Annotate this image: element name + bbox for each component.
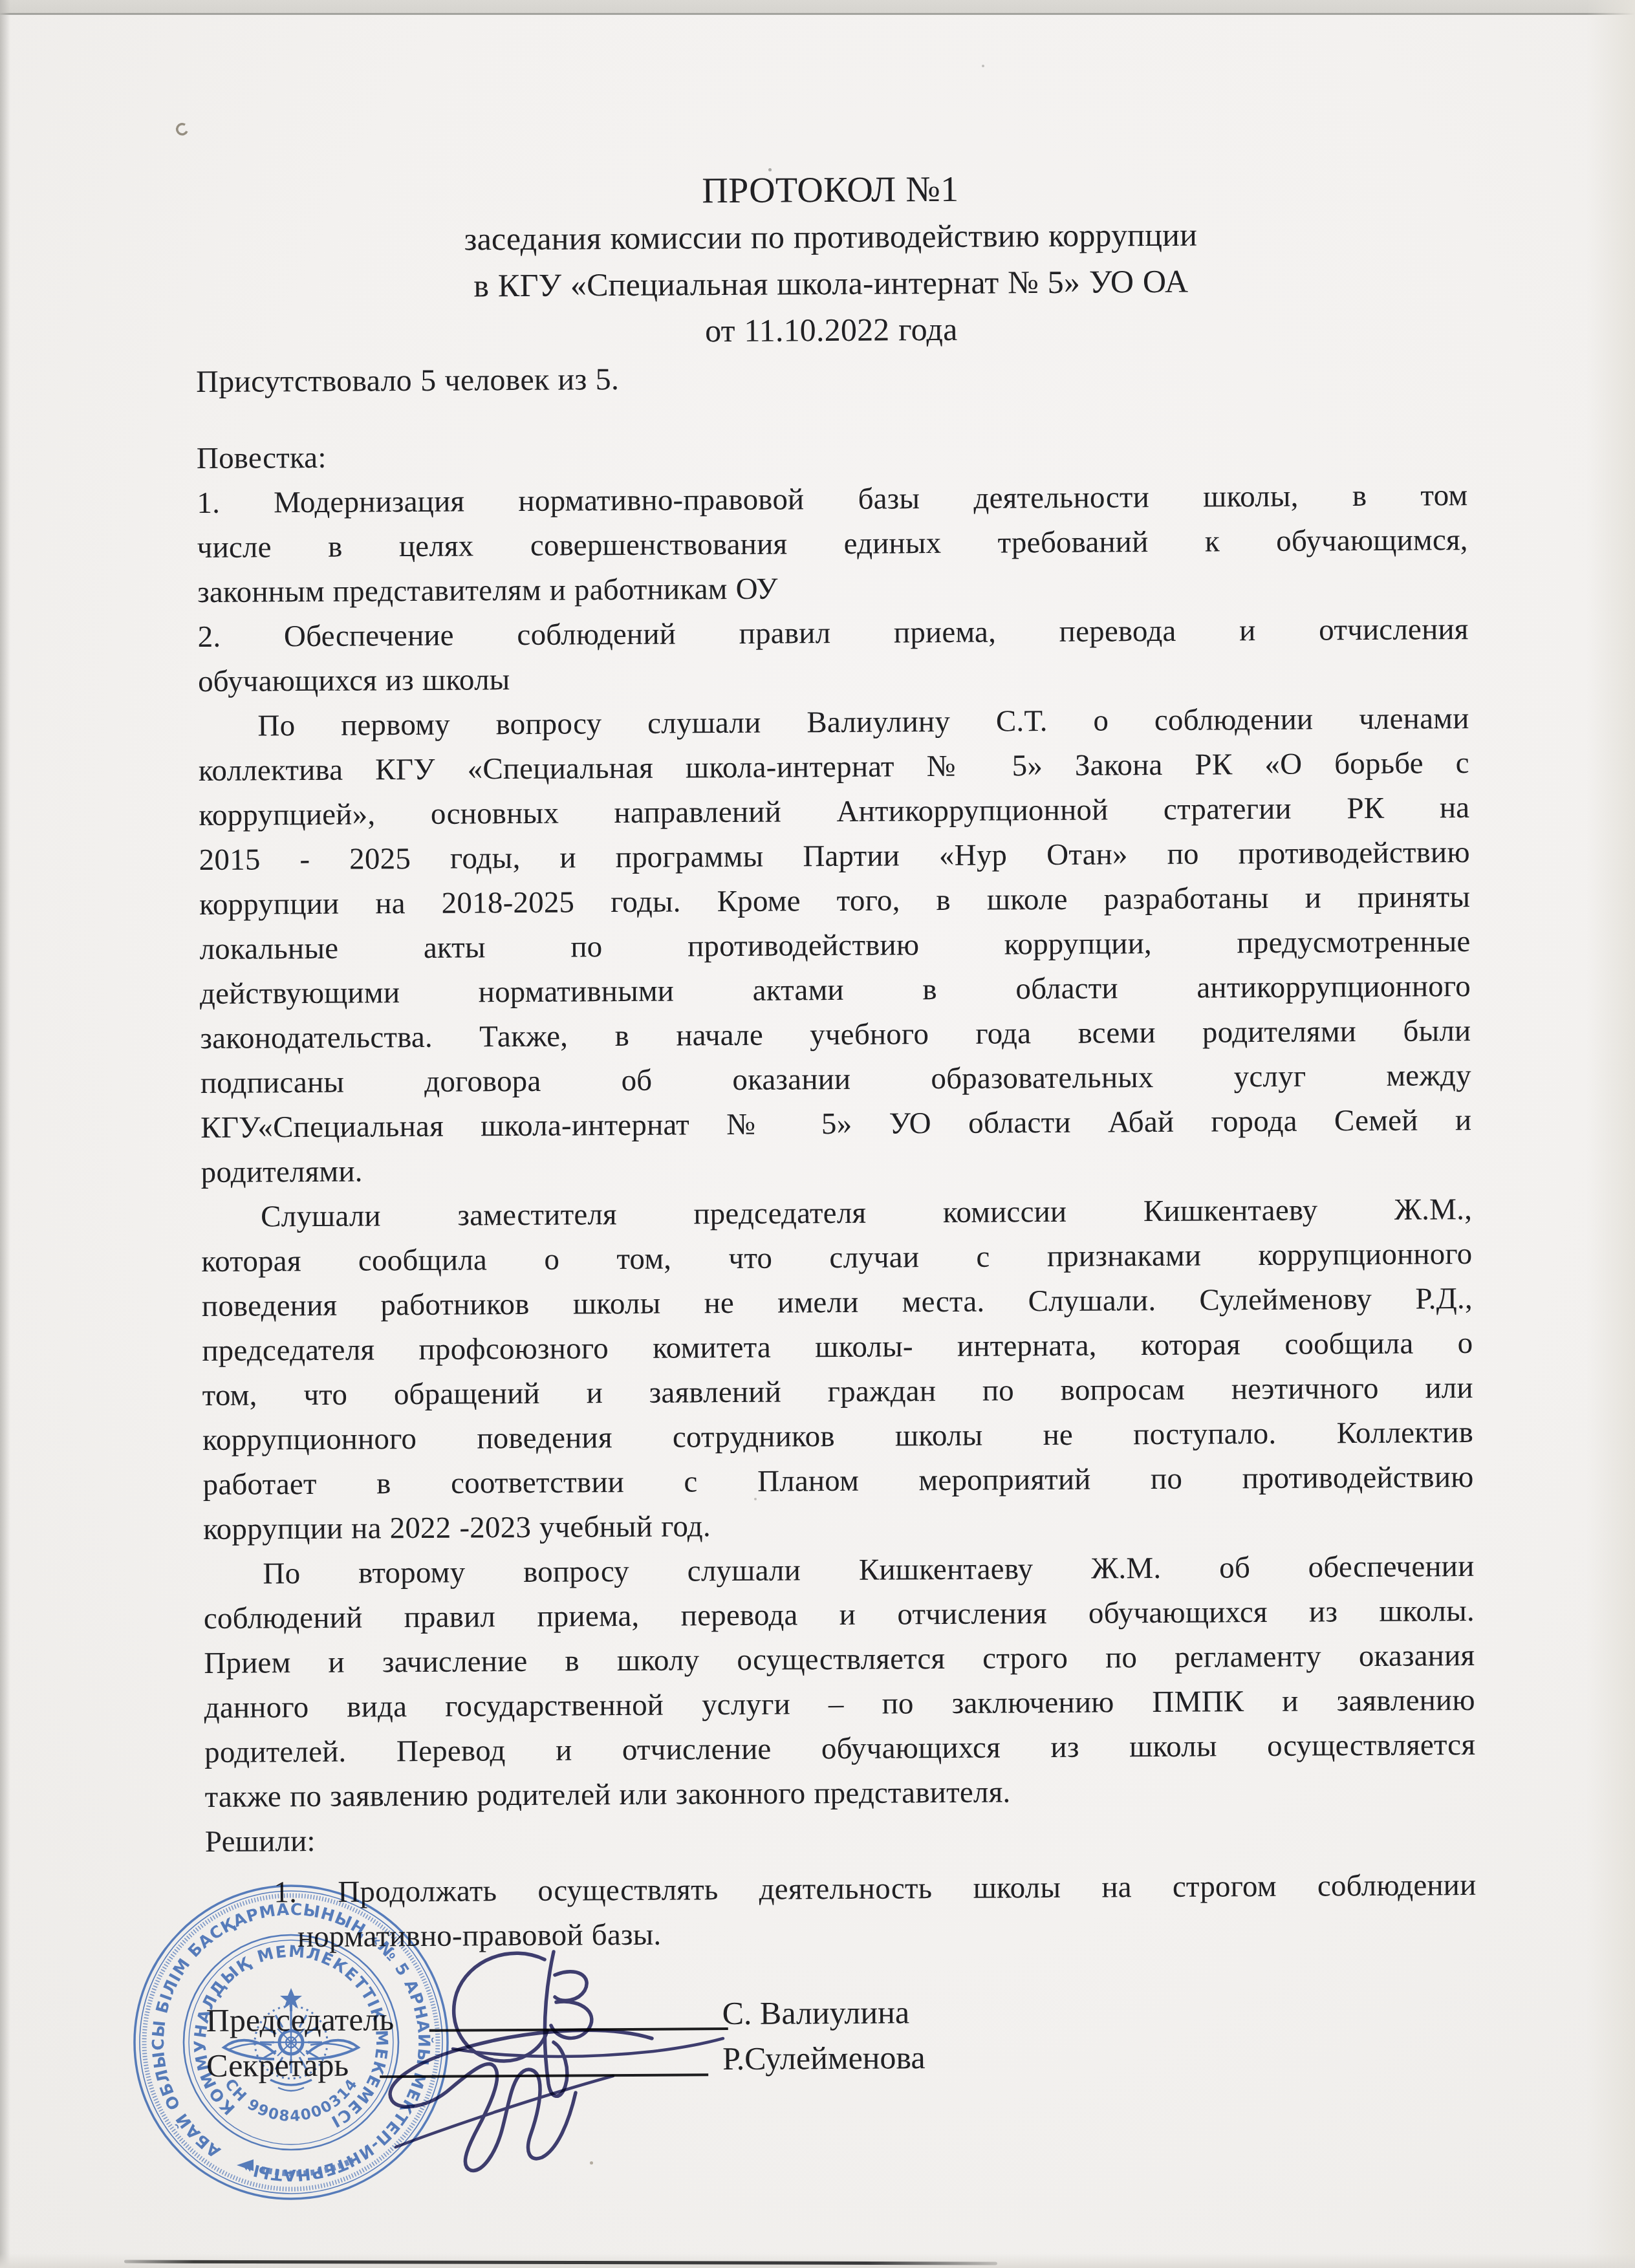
chairman-label: Председатель	[206, 2001, 395, 2038]
scan-edge-left	[0, 0, 10, 2268]
signature-line	[429, 2027, 728, 2032]
resolution-section: Решили: 1. Продолжать осуществлять деяте…	[205, 1812, 1477, 1960]
paragraph-first-question: По первому вопросу слушали Валиулину С.Т…	[198, 697, 1472, 1195]
doc-line: числе в целях совершенствования единых т…	[197, 518, 1468, 570]
doc-line: том, что обращений и заявлений граждан п…	[202, 1366, 1473, 1418]
paper-speck	[177, 124, 187, 135]
title-line: заседания комиссии по противодействию ко…	[195, 210, 1466, 264]
doc-line: 1. Модернизация нормативно-правовой базы…	[197, 473, 1467, 526]
doc-line: Прием и зачисление в школу осуществляетс…	[204, 1634, 1475, 1686]
doc-line: подписаны договора об оказании образоват…	[200, 1053, 1471, 1106]
paper-speck	[590, 2161, 593, 2165]
doc-line: коррупции на 2022 -2023 учебный год.	[203, 1500, 1474, 1552]
document-title: ПРОТОКОЛ №1 заседания комиссии по против…	[195, 163, 1467, 357]
agenda-section: Повестка: 1. Модернизация нормативно-пра…	[197, 429, 1469, 704]
title-line: ПРОТОКОЛ №1	[195, 163, 1466, 217]
doc-line: законным представителям и работникам ОУ	[197, 563, 1468, 615]
doc-line: коррупции на 2018-2025 годы. Кроме того,…	[199, 875, 1470, 927]
signature-block: Председатель С. Валиулина Секретарь Р.Су…	[206, 1990, 1477, 2088]
paragraph-deputy-report: Слушали заместителя председателя комисси…	[201, 1187, 1474, 1552]
doc-line: которая сообщила о том, что случаи с при…	[201, 1232, 1472, 1284]
stamp-bottom-arrow-icon	[237, 2159, 254, 2171]
doc-line: родителей. Перевод и отчисление обучающи…	[204, 1723, 1475, 1775]
signature-line	[380, 2073, 708, 2078]
doc-line: коррупционного поведения сотрудников шко…	[202, 1410, 1473, 1463]
doc-line: нормативно-правовой базы.	[206, 1908, 1477, 1960]
doc-line: КГУ«Специальная школа-интернат № 5» УО о…	[200, 1098, 1471, 1150]
title-line: от 11.10.2022 года	[196, 303, 1467, 357]
doc-line: 2015 - 2025 годы, и программы Партии «Ну…	[199, 830, 1470, 883]
secretary-label: Секретарь	[206, 2047, 349, 2084]
doc-line: 2. Обеспечение соблюдений правил приема,…	[197, 607, 1468, 660]
doc-line: председателя профсоюзного комитета школы…	[202, 1321, 1473, 1374]
scan-edge-right	[1586, 0, 1635, 2268]
doc-line: коллектива КГУ «Специальная школа-интерн…	[199, 741, 1469, 794]
title-line: в КГУ «Специальная школа-интернат № 5» У…	[195, 256, 1466, 310]
resolution-heading: Решили:	[205, 1812, 1476, 1864]
doc-line: данного вида государственной услуги – по…	[204, 1678, 1475, 1731]
doc-line: действующими нормативными актами в облас…	[200, 964, 1471, 1017]
secretary-name: Р.Сулейменова	[722, 2035, 926, 2081]
doc-line: законодательства. Также, в начале учебно…	[200, 1009, 1471, 1061]
doc-line: также по заявлению родителей или законно…	[204, 1767, 1475, 1820]
doc-line: обучающихся из школы	[198, 652, 1469, 704]
chairman-name: С. Валиулина	[722, 1989, 909, 2036]
document-body: ПРОТОКОЛ №1 заседания комиссии по против…	[194, 0, 1478, 2088]
doc-line: соблюдений правил приема, перевода и отч…	[204, 1589, 1475, 1641]
agenda-heading: Повестка:	[197, 429, 1467, 481]
signature-row-secretary: Секретарь Р.Сулейменова	[206, 2035, 1477, 2088]
doc-line: 1. Продолжать осуществлять деятельность …	[205, 1863, 1476, 1916]
paragraph-second-question: По второму вопросу слушали Кишкентаеву Ж…	[203, 1544, 1475, 1820]
doc-line: родителями.	[200, 1143, 1471, 1195]
doc-line: По второму вопросу слушали Кишкентаеву Ж…	[203, 1544, 1474, 1597]
doc-line: работает в соответствии с Планом меропри…	[202, 1455, 1473, 1507]
doc-line: По первому вопросу слушали Валиулину С.Т…	[198, 697, 1469, 749]
doc-line: локальные акты по противодействию корруп…	[199, 920, 1470, 972]
doc-line: Слушали заместителя председателя комисси…	[201, 1187, 1472, 1240]
attendance-line: Присутствовало 5 человек из 5.	[196, 352, 1467, 404]
doc-line: поведения работников школы не имели мест…	[202, 1277, 1473, 1329]
doc-line: коррупцией», основных направлений Антико…	[199, 786, 1469, 838]
scanned-document-page: ПРОТОКОЛ №1 заседания комиссии по против…	[0, 0, 1635, 2268]
